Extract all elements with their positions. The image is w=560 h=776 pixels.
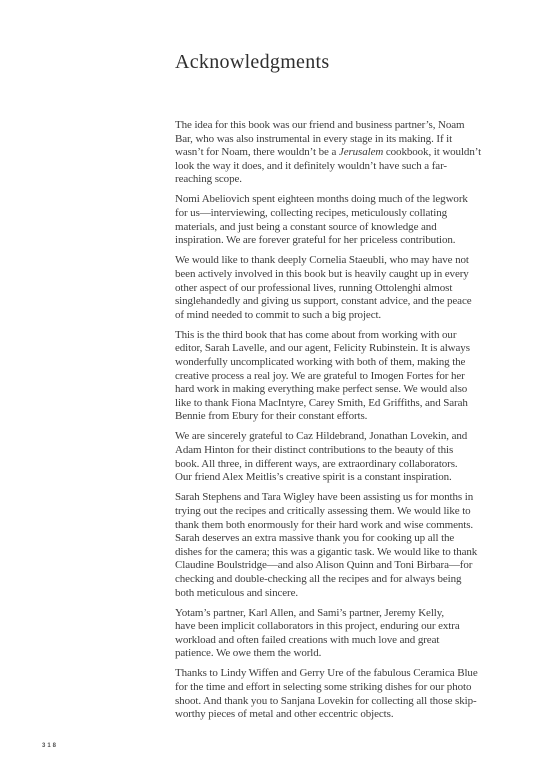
paragraph: Nomi Abeliovich spent eighteen months do…: [175, 193, 505, 247]
paragraph: Thanks to Lindy Wiffen and Gerry Ure of …: [175, 667, 505, 721]
acknowledgments-body: The idea for this book was our friend an…: [175, 119, 505, 728]
paragraph: Sarah Stephens and Tara Wigley have been…: [175, 491, 505, 600]
paragraph: This is the third book that has come abo…: [175, 329, 505, 424]
paragraph: The idea for this book was our friend an…: [175, 119, 505, 187]
page-number: 318: [42, 743, 58, 749]
paragraph: Yotam’s partner, Karl Allen, and Sami’s …: [175, 607, 505, 661]
paragraph: We would like to thank deeply Cornelia S…: [175, 254, 505, 322]
page-title: Acknowledgments: [175, 50, 329, 74]
paragraph: We are sincerely grateful to Caz Hildebr…: [175, 430, 505, 484]
book-page: Acknowledgments The idea for this book w…: [0, 0, 560, 776]
